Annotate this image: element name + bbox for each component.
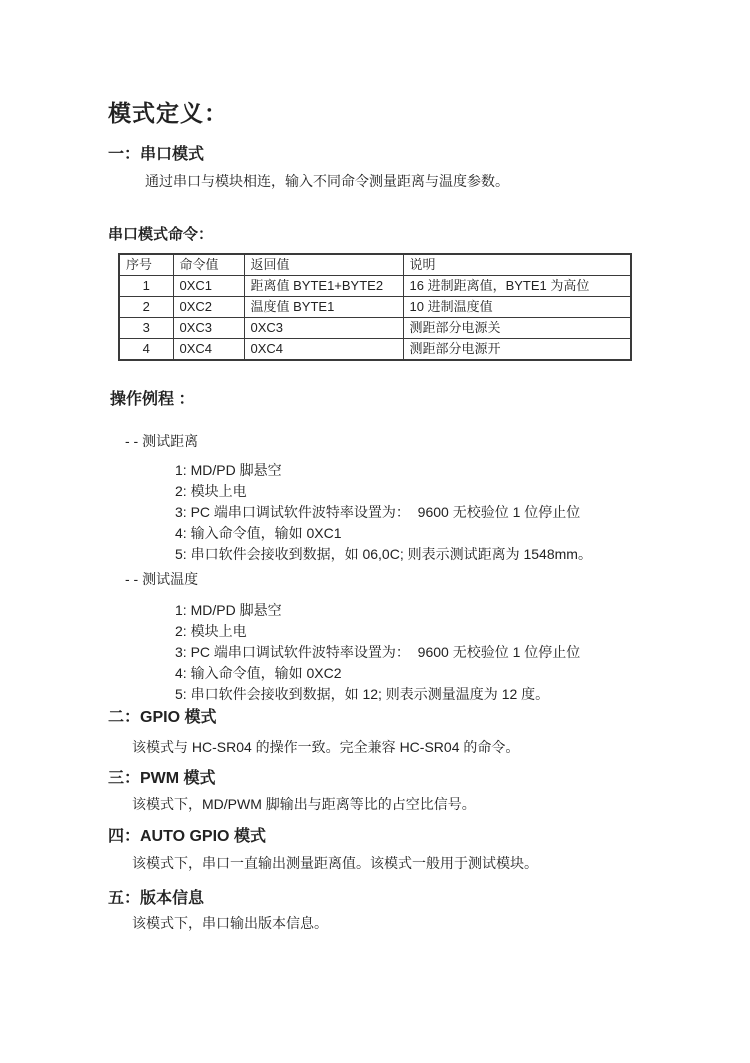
table-header-cell: 命令值	[173, 254, 244, 276]
example-temperature-label: - - 测试温度	[125, 571, 694, 587]
step-line: 1: MD/PD 脚悬空	[175, 600, 694, 621]
table-cell: 测距部分电源关	[403, 318, 631, 339]
table-cell: 2	[119, 297, 173, 318]
table-cell: 0XC4	[244, 339, 403, 361]
table-cell: 0XC4	[173, 339, 244, 361]
table-row: 1 0XC1 距离值 BYTE1+BYTE2 16 进制距离值，BYTE1 为高…	[119, 276, 631, 297]
auto-gpio-mode-body: 该模式下，串口一直输出测量距离值。该模式一般用于测试模块。	[132, 855, 694, 871]
step-line: 2: 模块上电	[175, 621, 694, 642]
table-cell: 距离值 BYTE1+BYTE2	[244, 276, 403, 297]
serial-commands-title: 串口模式命令：	[108, 226, 694, 243]
table-cell: 测距部分电源开	[403, 339, 631, 361]
serial-command-table: 序号 命令值 返回值 说明 1 0XC1 距离值 BYTE1+BYTE2 16 …	[118, 253, 632, 361]
example-distance-label: - - 测试距离	[125, 433, 694, 449]
section-auto-gpio-mode: 四：AUTO GPIO 模式 该模式下，串口一直输出测量距离值。该模式一般用于测…	[108, 828, 694, 871]
table-cell: 0XC3	[173, 318, 244, 339]
section-gpio-mode: 二：GPIO 模式 该模式与 HC-SR04 的操作一致。完全兼容 HC-SR0…	[108, 709, 694, 755]
table-row: 4 0XC4 0XC4 测距部分电源开	[119, 339, 631, 361]
step-line: 5: 串口软件会接收到数据，如 06,0C; 则表示测试距离为 1548mm。	[175, 544, 694, 565]
example-distance-steps: 1: MD/PD 脚悬空 2: 模块上电 3: PC 端串口调试软件波特率设置为…	[175, 460, 694, 565]
document-page: 模式定义： 一：串口模式 通过串口与模块相连，输入不同命令测量距离与温度参数。 …	[0, 0, 750, 1063]
table-cell: 0XC3	[244, 318, 403, 339]
table-cell: 1	[119, 276, 173, 297]
version-info-heading: 五：版本信息	[108, 890, 694, 908]
version-info-body: 该模式下，串口输出版本信息。	[132, 915, 694, 931]
table-cell: 3	[119, 318, 173, 339]
step-line: 3: PC 端串口调试软件波特率设置为： 9600 无校验位 1 位停止位	[175, 502, 694, 523]
operation-examples-title: 操作例程 ：	[110, 390, 694, 410]
step-line: 4: 输入命令值，输如 0XC2	[175, 663, 694, 684]
step-line: 3: PC 端串口调试软件波特率设置为： 9600 无校验位 1 位停止位	[175, 642, 694, 663]
table-cell: 0XC1	[173, 276, 244, 297]
step-line: 1: MD/PD 脚悬空	[175, 460, 694, 481]
table-row: 2 0XC2 温度值 BYTE1 10 进制温度值	[119, 297, 631, 318]
table-cell: 温度值 BYTE1	[244, 297, 403, 318]
auto-gpio-mode-heading: 四：AUTO GPIO 模式	[108, 828, 694, 846]
section-version-info: 五：版本信息 该模式下，串口输出版本信息。	[108, 890, 694, 931]
table-header-cell: 序号	[119, 254, 173, 276]
pwm-mode-body: 该模式下，MD/PWM 脚输出与距离等比的占空比信号。	[132, 796, 694, 812]
table-row: 3 0XC3 0XC3 测距部分电源关	[119, 318, 631, 339]
step-line: 5: 串口软件会接收到数据，如 12; 则表示测量温度为 12 度。	[175, 684, 694, 705]
table-cell: 0XC2	[173, 297, 244, 318]
step-line: 2: 模块上电	[175, 481, 694, 502]
table-header-row: 序号 命令值 返回值 说明	[119, 254, 631, 276]
table-header-cell: 说明	[403, 254, 631, 276]
section-pwm-mode: 三：PWM 模式 该模式下，MD/PWM 脚输出与距离等比的占空比信号。	[108, 770, 694, 812]
gpio-mode-heading: 二：GPIO 模式	[108, 709, 694, 727]
serial-mode-intro: 通过串口与模块相连，输入不同命令测量距离与温度参数。	[145, 173, 694, 189]
table-cell: 16 进制距离值，BYTE1 为高位	[403, 276, 631, 297]
step-line: 4: 输入命令值，输如 0XC1	[175, 523, 694, 544]
section-serial-mode: 一：串口模式 通过串口与模块相连，输入不同命令测量距离与温度参数。 串口模式命令…	[108, 146, 694, 705]
table-cell: 4	[119, 339, 173, 361]
pwm-mode-heading: 三：PWM 模式	[108, 770, 694, 788]
page-title: 模式定义：	[108, 100, 694, 126]
table-cell: 10 进制温度值	[403, 297, 631, 318]
serial-mode-heading: 一：串口模式	[108, 146, 694, 164]
example-temperature-steps: 1: MD/PD 脚悬空 2: 模块上电 3: PC 端串口调试软件波特率设置为…	[175, 600, 694, 705]
gpio-mode-body: 该模式与 HC-SR04 的操作一致。完全兼容 HC-SR04 的命令。	[132, 739, 694, 755]
table-header-cell: 返回值	[244, 254, 403, 276]
